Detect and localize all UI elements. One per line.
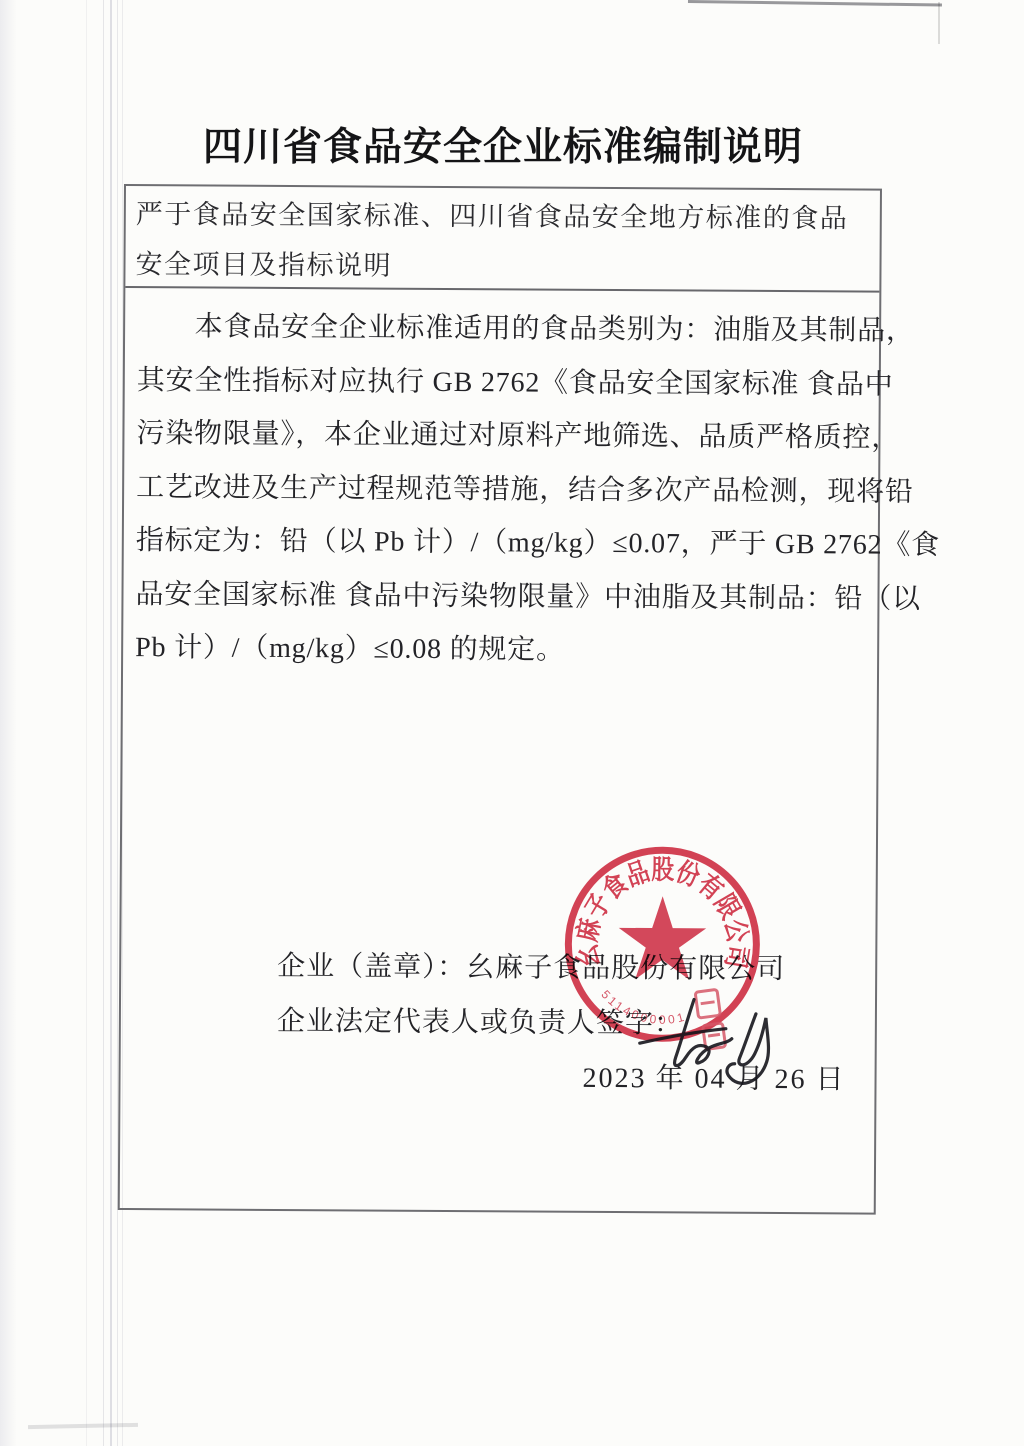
body-text-line: 其安全性指标对应执行 GB 2762《食品安全国家标准 食品中	[137, 354, 867, 412]
scan-corner-paper-edge	[938, 2, 940, 44]
table-header-cell: 严于食品安全国家标准、四川省食品安全地方标准的食品安全项目及指标说明	[125, 186, 880, 293]
scan-top-paper-edge	[688, 0, 942, 7]
body-text-line: 品安全国家标准 食品中污染物限量》中油脂及其制品：铅（以	[135, 568, 865, 626]
table-body-cell: 本食品安全企业标准适用的食品类别为：油脂及其制品，其安全性指标对应执行 GB 2…	[120, 288, 880, 1213]
body-text-line: 本食品安全企业标准适用的食品类别为：油脂及其制品，	[137, 300, 867, 358]
body-text-line: Pb 计）/（mg/kg）≤0.08 的规定。	[135, 621, 865, 679]
scan-streak-line	[110, 0, 112, 1446]
scan-streak-line	[86, 0, 87, 1446]
scan-left-edge-shadow	[0, 0, 16, 1446]
body-text-line: 工艺改进及生产过程规范等措施，结合多次产品检测，现将铅	[136, 461, 866, 519]
body-text-line: 污染物限量》，本企业通过对原料产地筛选、品质严格质控，	[136, 407, 866, 465]
standard-note-table: 严于食品安全国家标准、四川省食品安全地方标准的食品安全项目及指标说明 本食品安全…	[118, 184, 882, 1215]
scanned-document-page: { "document": { "title": "四川省食品安全企业标准编制说…	[0, 0, 1024, 1446]
document-title: 四川省食品安全企业标准编制说明	[124, 124, 882, 172]
scan-streak-line	[103, 0, 104, 1446]
scan-streak-line	[117, 0, 118, 1446]
stamp-star-icon	[618, 896, 706, 980]
body-paragraph: 本食品安全企业标准适用的食品类别为：油脂及其制品，其安全性指标对应执行 GB 2…	[135, 300, 867, 679]
handwritten-signature	[635, 991, 804, 1088]
body-text-line: 指标定为：铅（以 Pb 计）/（mg/kg）≤0.07，严于 GB 2762《食	[136, 514, 866, 572]
